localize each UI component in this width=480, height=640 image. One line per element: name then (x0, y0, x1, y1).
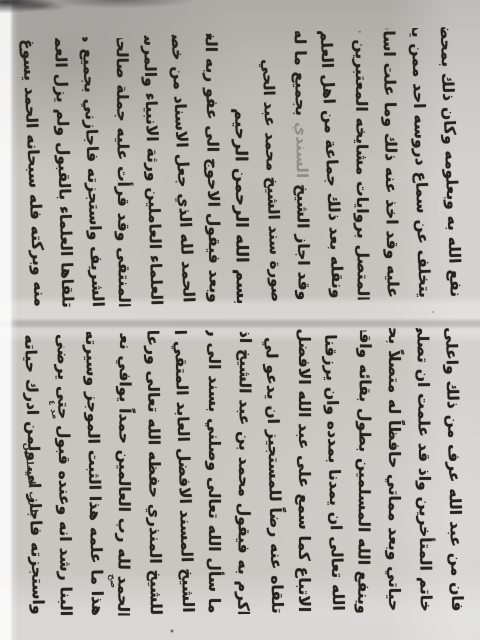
manuscript-line: المنتقى وقد قرأت عليه جملة صالحة من الكت… (106, 38, 138, 308)
manuscript-line: خاتم المتأخرين واذ قد علمت ان تصلي بالدع… (407, 328, 440, 612)
page-top-block: نفع الله به وبعلومه وكان ذلك بمحضر جماعة… (11, 27, 468, 309)
manuscript-line: بسم الله الرحمن الرحيم (225, 35, 257, 305)
manuscript-line: اكرم به فيقول محمد بن عبد الشيخ اذ يغفر … (228, 332, 260, 616)
manuscript-line: حياتي وبعد مماتي حافظاً له متصلاً بحقيقة… (379, 327, 409, 611)
manuscript-line: عليه وقد اخذ عنه ذلك وما علت اسانيده تتع… (373, 28, 407, 298)
manuscript-line: وينفع الله المسلمين بطول بقائه واقفاً عل… (348, 330, 380, 614)
faded-ink-word: السندي (292, 122, 311, 179)
manuscript-scan-photo: نفع الله به وبعلومه وكان ذلك بمحضر جماعة… (0, 0, 480, 640)
manuscript-line: ما سأل الله تعالى وصلني بسند الى رسول ال… (199, 329, 229, 613)
margin-scribble-b: صح (106, 573, 118, 589)
manuscript-line: البنا رشد انه وعنده قبول حتى يرضى الله و… (47, 332, 80, 616)
manuscript-line: الله تعالى ان يمدنا بمدده وان يرزقنا من … (315, 327, 353, 611)
manuscript-line: تلقاه عنه رضاً للمستجيز ان يدعو لي عقب خ… (256, 329, 292, 614)
manuscript-line: فان من عبد الله عرف من ذلك واعلى وان لم … (436, 327, 471, 611)
manuscript-line: الشيخ المسند الافضل العابد المتقي ابن ال… (165, 328, 203, 613)
manuscript-spread: نفع الله به وبعلومه وكان ذلك بمحضر جماعة… (0, 0, 480, 640)
page-bottom-block: فان من عبد الله عرف من ذلك واعلى وان لم … (15, 327, 470, 617)
manuscript-line: الاتباع كما سمع على عبد الله الافضل الصا… (289, 328, 319, 612)
